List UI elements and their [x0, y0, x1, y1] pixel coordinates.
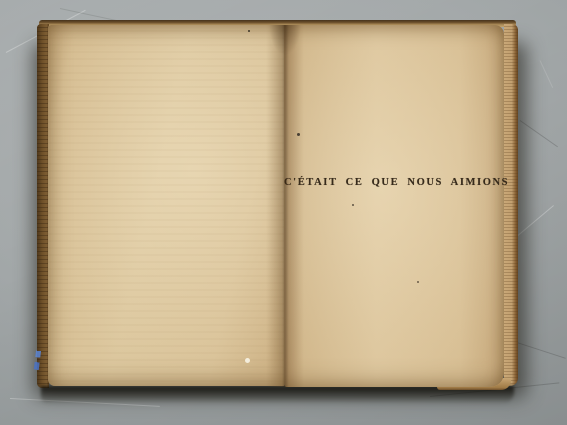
paper-speck	[297, 133, 300, 136]
open-book: C'ÉTAIT CE QUE NOUS AIMIONS	[37, 20, 518, 392]
surface-scratch	[540, 60, 554, 88]
photo-gray-surface: C'ÉTAIT CE QUE NOUS AIMIONS	[0, 0, 567, 425]
paper-speck	[352, 204, 354, 206]
right-page: C'ÉTAIT CE QUE NOUS AIMIONS	[284, 25, 504, 387]
paper-fleck-white	[245, 358, 250, 363]
half-title-text: C'ÉTAIT CE QUE NOUS AIMIONS	[284, 177, 504, 188]
left-page-blank	[48, 25, 284, 386]
right-page-stack-edge	[504, 24, 518, 386]
paper-speck	[248, 30, 250, 32]
paper-speck	[417, 281, 419, 283]
